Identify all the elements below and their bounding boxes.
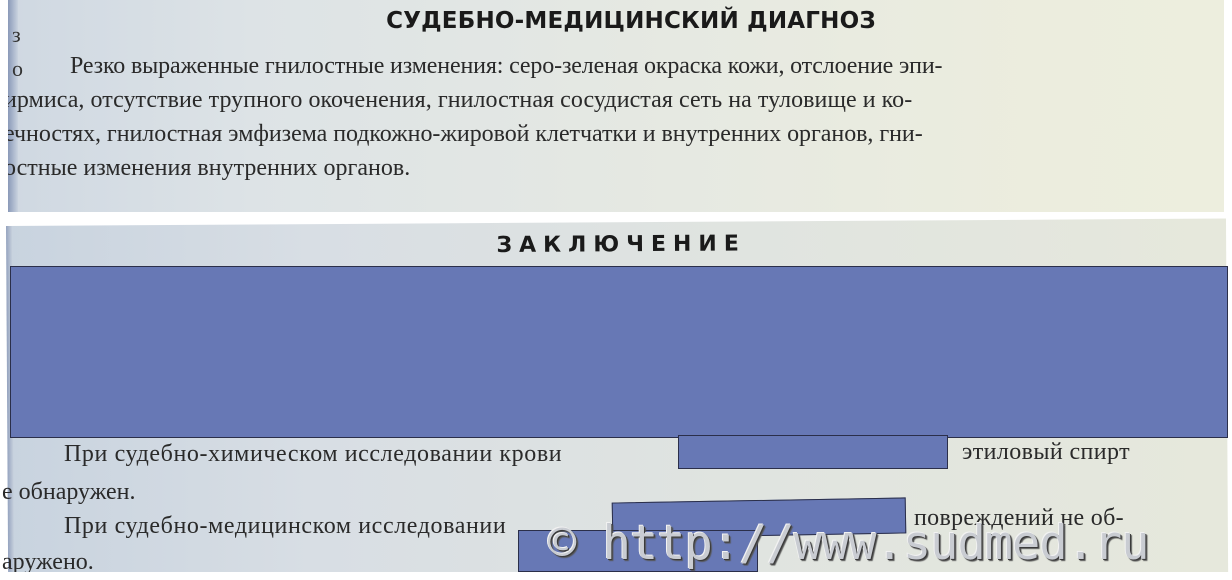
redaction-inline-1 [678, 435, 948, 469]
conclusion-p2-continuation: аружено. [2, 550, 94, 574]
redaction-block-large [10, 266, 1228, 438]
diagnosis-line-4: остные изменения внутренних органов. [8, 156, 410, 180]
conclusion-heading: ЗАКЛЮЧЕНИЕ [6, 229, 1226, 261]
conclusion-p1-continuation: е обнаружен. [2, 480, 136, 504]
diagnosis-line-3: ечностях, гнилостная эмфизема подкожно-ж… [8, 122, 923, 146]
conclusion-p2-start: При судебно-медицинском исследовании [64, 514, 506, 538]
document-photo: з о СУДЕБНО-МЕДИЦИНСКИЙ ДИАГНОЗ Резко вы… [0, 0, 1232, 580]
watermark: © http://www.sudmed.ru [548, 520, 1149, 567]
photo-border [0, 572, 1232, 580]
conclusion-p1-start: При судебно-химическом исследовании кров… [64, 442, 562, 466]
conclusion-p1-end: этиловый спирт [962, 440, 1130, 464]
margin-fragment: о [12, 58, 23, 80]
diagnosis-heading: СУДЕБНО-МЕДИЦИНСКИЙ ДИАГНОЗ [8, 8, 1224, 34]
diagnosis-line-2: ирмиса, отсутствие трупного окоченения, … [8, 88, 912, 112]
diagnosis-section: з о СУДЕБНО-МЕДИЦИНСКИЙ ДИАГНОЗ Резко вы… [8, 0, 1224, 212]
diagnosis-line-1: Резко выраженные гнилостные изменения: с… [70, 54, 942, 78]
